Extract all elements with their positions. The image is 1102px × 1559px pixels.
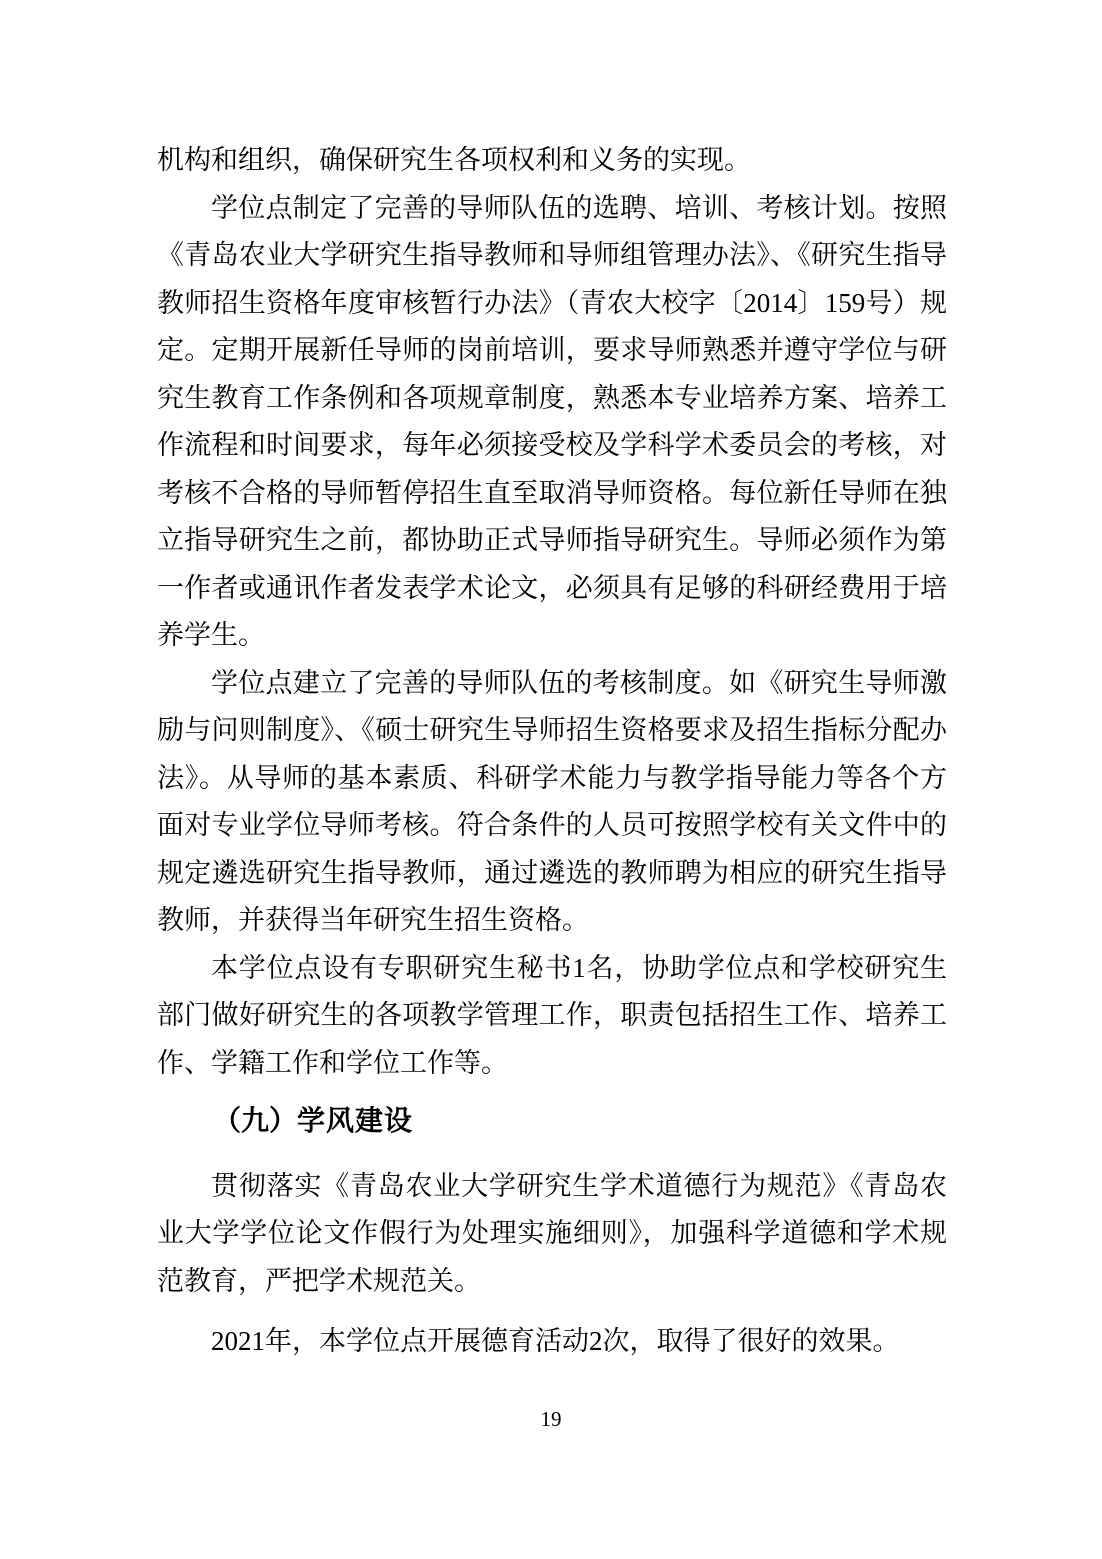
paragraph-graduate-secretary: 本学位点设有专职研究生秘书1名，协助学位点和学校研究生部门做好研究生的各项教学管… <box>157 945 947 1088</box>
paragraph-academic-ethics: 贯彻落实《青岛农业大学研究生学术道德行为规范》《青岛农业大学学位论文作假行为处理… <box>157 1163 947 1306</box>
paragraph-mentor-assessment-system: 学位点建立了完善的导师队伍的考核制度。如《研究生导师激励与问则制度》、《硕士研究… <box>157 660 947 945</box>
section-heading: （九）学风建设 <box>157 1097 947 1146</box>
paragraph-mentor-selection-plan: 学位点制定了完善的导师队伍的选聘、培训、考核计划。按照《青岛农业大学研究生指导教… <box>157 185 947 660</box>
page-number: 19 <box>0 1406 1102 1432</box>
document-body: 机构和组织，确保研究生各项权利和义务的实现。 学位点制定了完善的导师队伍的选聘、… <box>157 137 947 1366</box>
paragraph-continuation: 机构和组织，确保研究生各项权利和义务的实现。 <box>157 137 947 185</box>
document-page: 机构和组织，确保研究生各项权利和义务的实现。 学位点制定了完善的导师队伍的选聘、… <box>0 0 1102 1559</box>
section-heading-title: 学风建设 <box>297 1105 413 1136</box>
section-heading-number: （九） <box>213 1106 297 1137</box>
paragraph-moral-activities: 2021年，本学位点开展德育活动2次，取得了很好的效果。 <box>157 1318 947 1366</box>
